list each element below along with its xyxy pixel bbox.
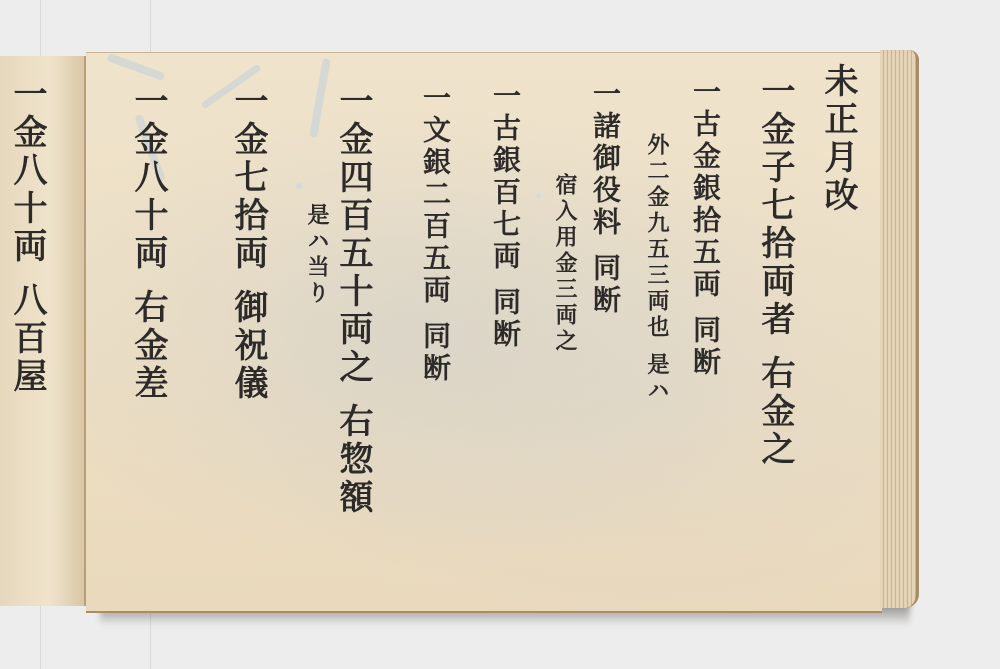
text-column: 宿入用金三両之 [554,173,576,453]
page-fore-edge [880,50,919,608]
text-column: 一金七拾両 御祝儀 [231,83,265,603]
wormhole [536,193,541,198]
text-column: 一金八十両 八百屋 [10,76,44,596]
text-column: 一古金銀拾五両 同断 [691,77,719,537]
wormhole [296,183,302,189]
wormhole-trail [106,53,165,81]
text-column: 一古銀百七両 同断 [491,81,519,521]
text-column: 一諸御役料 同断 [591,79,619,519]
wormhole-trail [309,58,331,138]
text-column: 是ハ当り [306,203,328,403]
manuscript-book: 一金八十両 八百屋 未正月改 一金子七拾両者 右金之 一古金銀拾五両 同断 外二… [0,52,918,612]
text-column: 一金子七拾両者 右金之 [758,73,792,593]
text-column: 未正月改 [821,63,855,323]
text-column: 一金四百五十両之 右惣額 [336,83,370,603]
right-page: 未正月改 一金子七拾両者 右金之 一古金銀拾五両 同断 外二金九五三両也 是ハ … [86,52,882,613]
left-page-fragment: 一金八十両 八百屋 [0,56,86,606]
text-column: 外二金九五三両也 是ハ [646,133,668,513]
text-column: 一金八十両 右金差 [131,83,165,603]
text-column: 一文銀二百五両 同断 [421,83,449,523]
